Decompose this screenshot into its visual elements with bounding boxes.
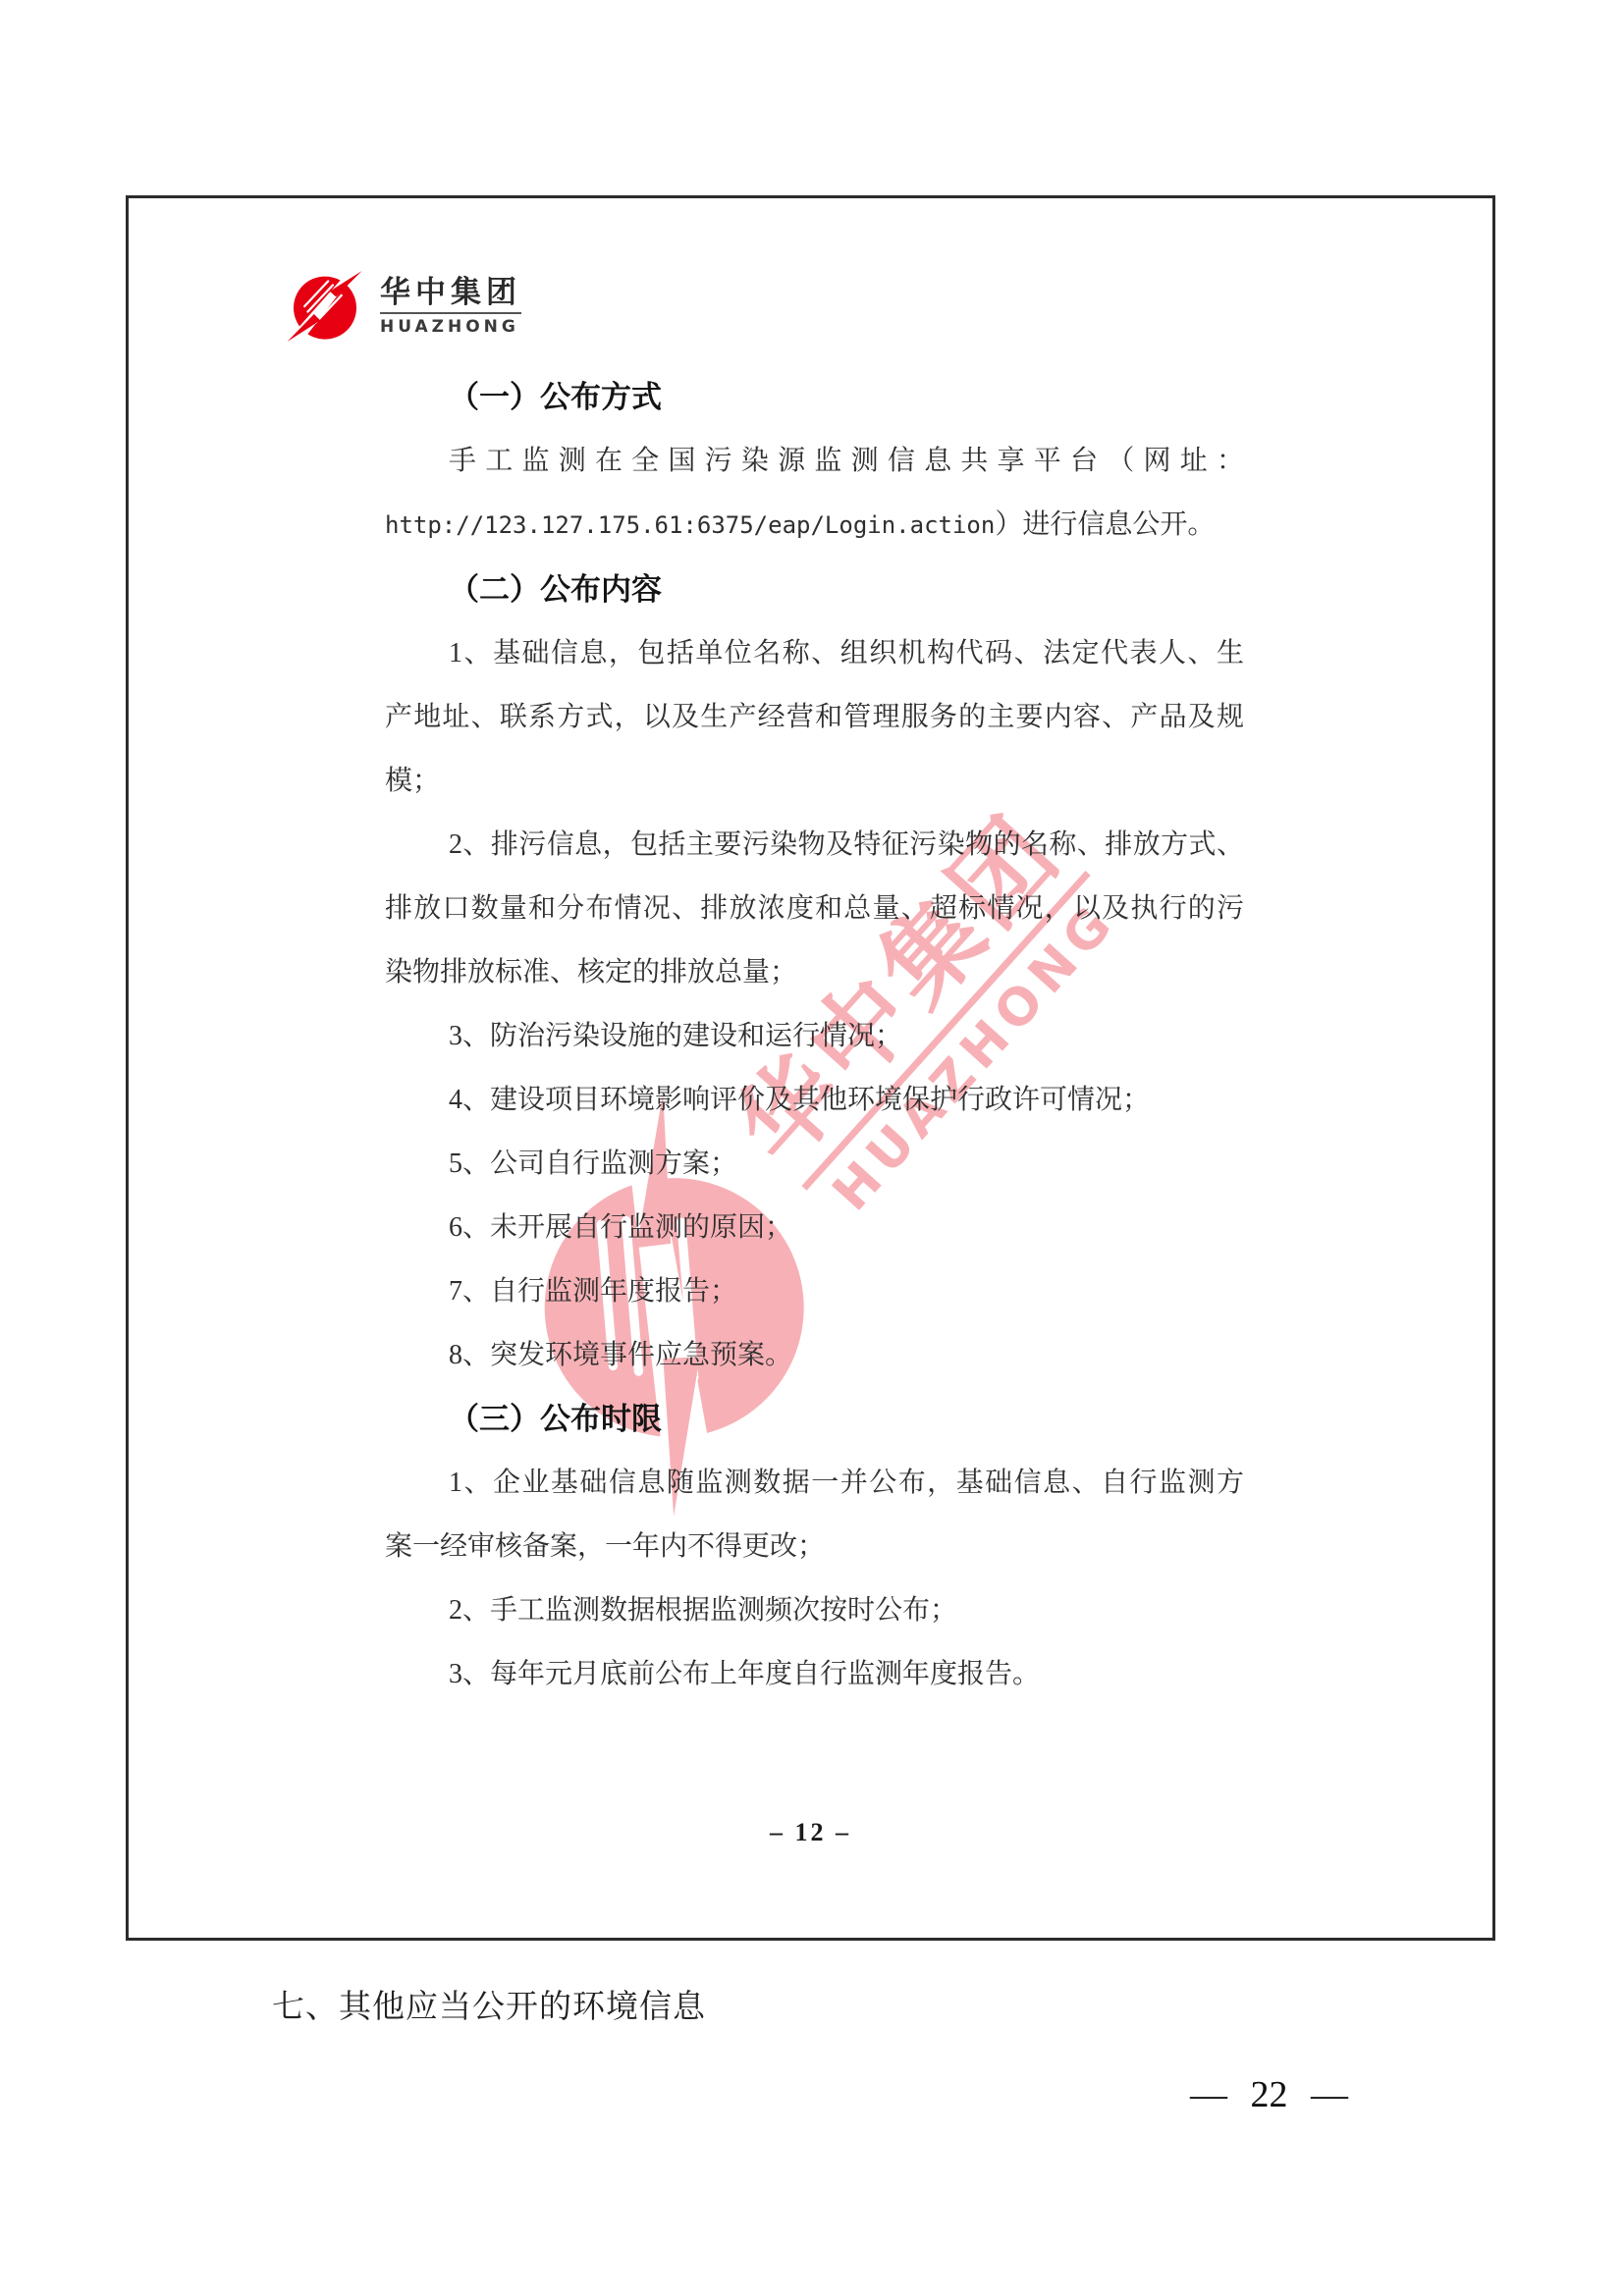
document-page-frame: 华中集团 HUAZHONG 华中集团 HUAZHONG （一）公布方式 手工监测…: [126, 195, 1495, 1941]
deadline-item-1-line: 案一经审核备案，一年内不得更改；: [385, 1515, 1244, 1578]
heading-publish-content: （二）公布内容: [385, 558, 1244, 621]
list-item-6: 6、未开展自行监测的原因；: [385, 1196, 1244, 1259]
document-scan-page: 华中集团 HUAZHONG 华中集团 HUAZHONG （一）公布方式 手工监测…: [0, 0, 1624, 2296]
heading-publish-method: （一）公布方式: [385, 365, 1244, 429]
list-item-2-line: 排放口数量和分布情况、排放浓度和总量、超标情况，以及执行的污: [385, 877, 1244, 940]
para-line: 手工监测在全国污染源监测信息共享平台（网址：: [385, 429, 1244, 493]
company-name-cn: 华中集团: [380, 276, 521, 309]
section-seven-title: 七、其他应当公开的环境信息: [272, 1981, 706, 2027]
heading-publish-deadline: （三）公布时限: [385, 1387, 1244, 1451]
company-logo: 华中集团 HUAZHONG: [286, 267, 521, 346]
huazhong-logo-icon: [286, 267, 364, 346]
company-name-latin: HUAZHONG: [380, 312, 521, 337]
list-item-1-line: 产地址、联系方式，以及生产经营和管理服务的主要内容、产品及规: [385, 685, 1244, 749]
list-item-2-line: 2、排污信息，包括主要污染物及特征污染物的名称、排放方式、: [385, 813, 1244, 877]
logo-wordmark: 华中集团 HUAZHONG: [380, 276, 521, 337]
disclosure-url-tail: ）进行信息公开。: [995, 509, 1215, 540]
deadline-item-1-line: 1、企业基础信息随监测数据一并公布，基础信息、自行监测方: [385, 1451, 1244, 1515]
document-body: （一）公布方式 手工监测在全国污染源监测信息共享平台（网址： http://12…: [385, 365, 1244, 1706]
disclosure-url-line: http://123.127.175.61:6375/eap/Login.act…: [385, 493, 1244, 558]
list-item-3: 3、防治污染设施的建设和运行情况；: [385, 1004, 1244, 1068]
list-item-1-line: 1、基础信息，包括单位名称、组织机构代码、法定代表人、生: [385, 621, 1244, 685]
list-item-1-line: 模；: [385, 749, 1244, 813]
list-item-8: 8、突发环境事件应急预案。: [385, 1323, 1244, 1387]
deadline-item-3: 3、每年元月底前公布上年度自行监测年度报告。: [385, 1642, 1244, 1706]
page-number: — 22 —: [1190, 2073, 1348, 2116]
list-item-7: 7、自行监测年度报告；: [385, 1259, 1244, 1323]
list-item-2-line: 染物排放标准、核定的排放总量；: [385, 940, 1244, 1004]
deadline-item-2: 2、手工监测数据根据监测频次按时公布；: [385, 1578, 1244, 1642]
disclosure-url: http://123.127.175.61:6375/eap/Login.act…: [385, 511, 995, 539]
list-item-5: 5、公司自行监测方案；: [385, 1132, 1244, 1196]
inner-page-number: – 12 –: [129, 1818, 1492, 1847]
list-item-4: 4、建设项目环境影响评价及其他环境保护行政许可情况；: [385, 1068, 1244, 1132]
